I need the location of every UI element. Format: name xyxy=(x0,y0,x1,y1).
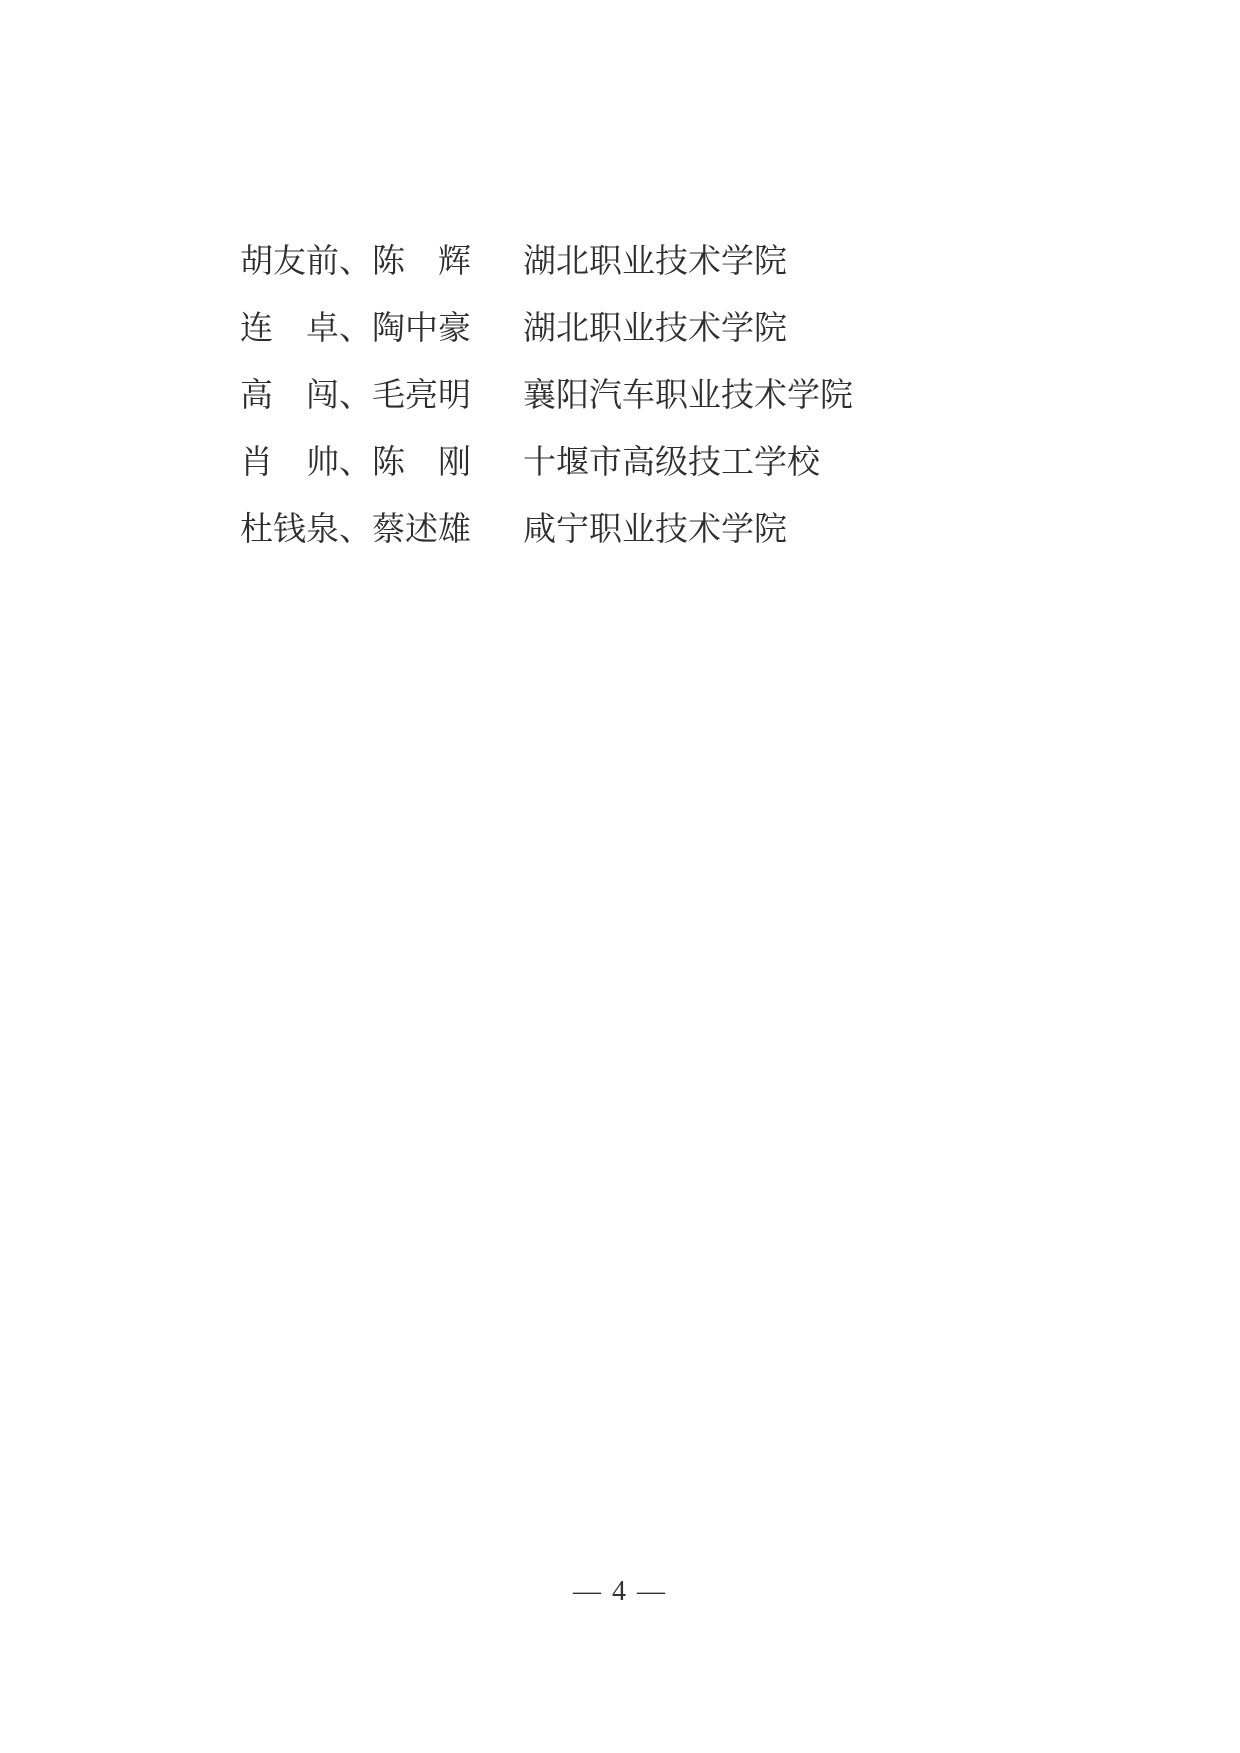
awardee-names: 高 闯、毛亮明 xyxy=(240,363,523,430)
institution-name: 湖北职业技术学院 xyxy=(523,229,787,296)
awardee-names: 杜钱泉、蔡述雄 xyxy=(240,497,523,564)
list-item: 连 卓、陶中豪 湖北职业技术学院 xyxy=(240,296,853,363)
award-list: 胡友前、陈 辉 湖北职业技术学院 连 卓、陶中豪 湖北职业技术学院 高 闯、毛亮… xyxy=(240,229,853,564)
institution-name: 湖北职业技术学院 xyxy=(523,296,787,363)
list-item: 高 闯、毛亮明 襄阳汽车职业技术学院 xyxy=(240,363,853,430)
institution-name: 咸宁职业技术学院 xyxy=(523,497,787,564)
list-item: 胡友前、陈 辉 湖北职业技术学院 xyxy=(240,229,853,296)
list-item: 肖 帅、陈 刚 十堰市高级技工学校 xyxy=(240,430,853,497)
page-number: — 4 — xyxy=(0,1576,1240,1608)
institution-name: 襄阳汽车职业技术学院 xyxy=(523,363,853,430)
awardee-names: 肖 帅、陈 刚 xyxy=(240,430,523,497)
institution-name: 十堰市高级技工学校 xyxy=(523,430,820,497)
list-item: 杜钱泉、蔡述雄 咸宁职业技术学院 xyxy=(240,497,853,564)
awardee-names: 连 卓、陶中豪 xyxy=(240,296,523,363)
awardee-names: 胡友前、陈 辉 xyxy=(240,229,523,296)
document-page: 胡友前、陈 辉 湖北职业技术学院 连 卓、陶中豪 湖北职业技术学院 高 闯、毛亮… xyxy=(0,0,1240,1753)
